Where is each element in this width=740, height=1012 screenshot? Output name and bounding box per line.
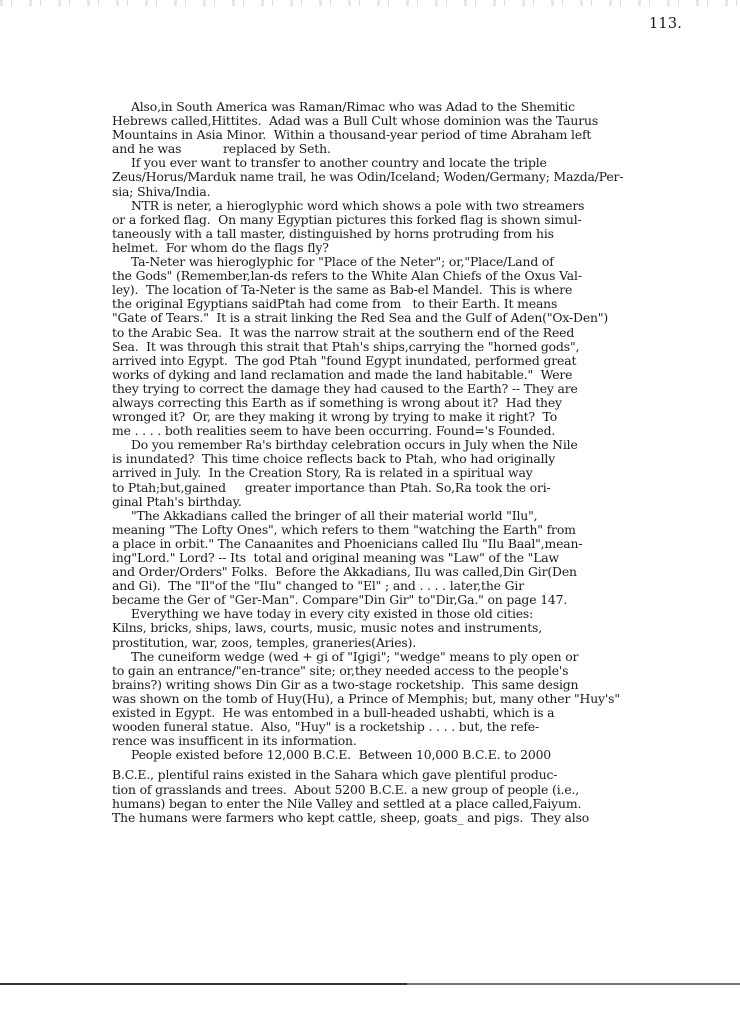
text-line: and he was replaced by Seth. bbox=[112, 142, 740, 156]
text-line: always correcting this Earth as if somet… bbox=[112, 396, 740, 410]
text-line: Hebrews called,Hittites. Adad was a Bull… bbox=[112, 114, 740, 128]
text-line: and Order/Orders" Folks. Before the Akka… bbox=[112, 565, 740, 579]
body-text: Also,in South America was Raman/Rimac wh… bbox=[112, 100, 740, 825]
text-line: NTR is neter, a hieroglyphic word which … bbox=[112, 199, 740, 213]
text-line: brains?) writing shows Din Gir as a two-… bbox=[112, 678, 740, 692]
text-line: me . . . . both realities seem to have b… bbox=[112, 424, 740, 438]
text-line: Everything we have today in every city e… bbox=[112, 607, 740, 621]
text-line: Also,in South America was Raman/Rimac wh… bbox=[112, 100, 740, 114]
text-line: If you ever want to transfer to another … bbox=[112, 156, 740, 170]
text-line: Ta-Neter was hieroglyphic for "Place of … bbox=[112, 255, 740, 269]
text-line: wooden funeral statue. Also, "Huy" is a … bbox=[112, 720, 740, 734]
text-line: wronged it? Or, are they making it wrong… bbox=[112, 410, 740, 424]
text-line: and Gi). The "Il"of the "Ilu" changed to… bbox=[112, 579, 740, 593]
text-line: is inundated? This time choice reflects … bbox=[112, 452, 740, 466]
text-line: became the Ger of "Ger-Man". Compare"Din… bbox=[112, 593, 740, 607]
text-line: meaning "The Lofty Ones", which refers t… bbox=[112, 523, 740, 537]
text-line: was shown on the tomb of Huy(Hu), a Prin… bbox=[112, 692, 740, 706]
text-line: "The Akkadians called the bringer of all… bbox=[112, 509, 740, 523]
text-line: sia; Shiva/India. bbox=[112, 185, 740, 199]
text-line: tion of grasslands and trees. About 5200… bbox=[112, 783, 740, 797]
text-line: Kilns, bricks, ships, laws, courts, musi… bbox=[112, 621, 740, 635]
text-line: existed in Egypt. He was entombed in a b… bbox=[112, 706, 740, 720]
text-line: rence was insufficent in its information… bbox=[112, 734, 740, 748]
text-line: humans) began to enter the Nile Valley a… bbox=[112, 797, 740, 811]
text-line: Mountains in Asia Minor. Within a thousa… bbox=[112, 128, 740, 142]
text-line: a place in orbit." The Canaanites and Ph… bbox=[112, 537, 740, 551]
text-line: taneously with a tall master, distinguis… bbox=[112, 227, 740, 241]
text-line: "Gate of Tears." It is a strait linking … bbox=[112, 311, 740, 325]
text-line: prostitution, war, zoos, temples, graner… bbox=[112, 636, 740, 650]
text-line: B.C.E., plentiful rains existed in the S… bbox=[112, 768, 740, 782]
text-line: The humans were farmers who kept cattle,… bbox=[112, 811, 740, 825]
text-line: to Ptah;but,gained greater importance th… bbox=[112, 481, 740, 495]
text-line: The cuneiform wedge (wed + gi of "Igigi"… bbox=[112, 650, 740, 664]
text-line: they trying to correct the damage they h… bbox=[112, 382, 740, 396]
text-line: Do you remember Ra's birthday celebratio… bbox=[112, 438, 740, 452]
text-line: ginal Ptah's birthday. bbox=[112, 495, 740, 509]
page-number: 113. bbox=[649, 16, 682, 32]
text-line: works of dyking and land reclamation and… bbox=[112, 368, 740, 382]
text-line: the original Egyptians saidPtah had come… bbox=[112, 297, 740, 311]
text-line: to gain an entrance/"en-trance" site; or… bbox=[112, 664, 740, 678]
text-line: helmet. For whom do the flags fly? bbox=[112, 241, 740, 255]
text-line: ley). The location of Ta-Neter is the sa… bbox=[112, 283, 740, 297]
text-line: Sea. It was through this strait that Pta… bbox=[112, 340, 740, 354]
text-line: to the Arabic Sea. It was the narrow str… bbox=[112, 326, 740, 340]
text-line: ing"Lord." Lord? -- Its total and origin… bbox=[112, 551, 740, 565]
text-line: Zeus/Horus/Marduk name trail, he was Odi… bbox=[112, 170, 740, 184]
text-line: arrived in July. In the Creation Story, … bbox=[112, 466, 740, 480]
scan-noise bbox=[0, 0, 740, 6]
text-line: arrived into Egypt. The god Ptah "found … bbox=[112, 354, 740, 368]
bottom-rule bbox=[0, 983, 740, 985]
text-line: or a forked flag. On many Egyptian pictu… bbox=[112, 213, 740, 227]
text-line: the Gods" (Remember,lan-ds refers to the… bbox=[112, 269, 740, 283]
text-line: People existed before 12,000 B.C.E. Betw… bbox=[112, 748, 740, 762]
